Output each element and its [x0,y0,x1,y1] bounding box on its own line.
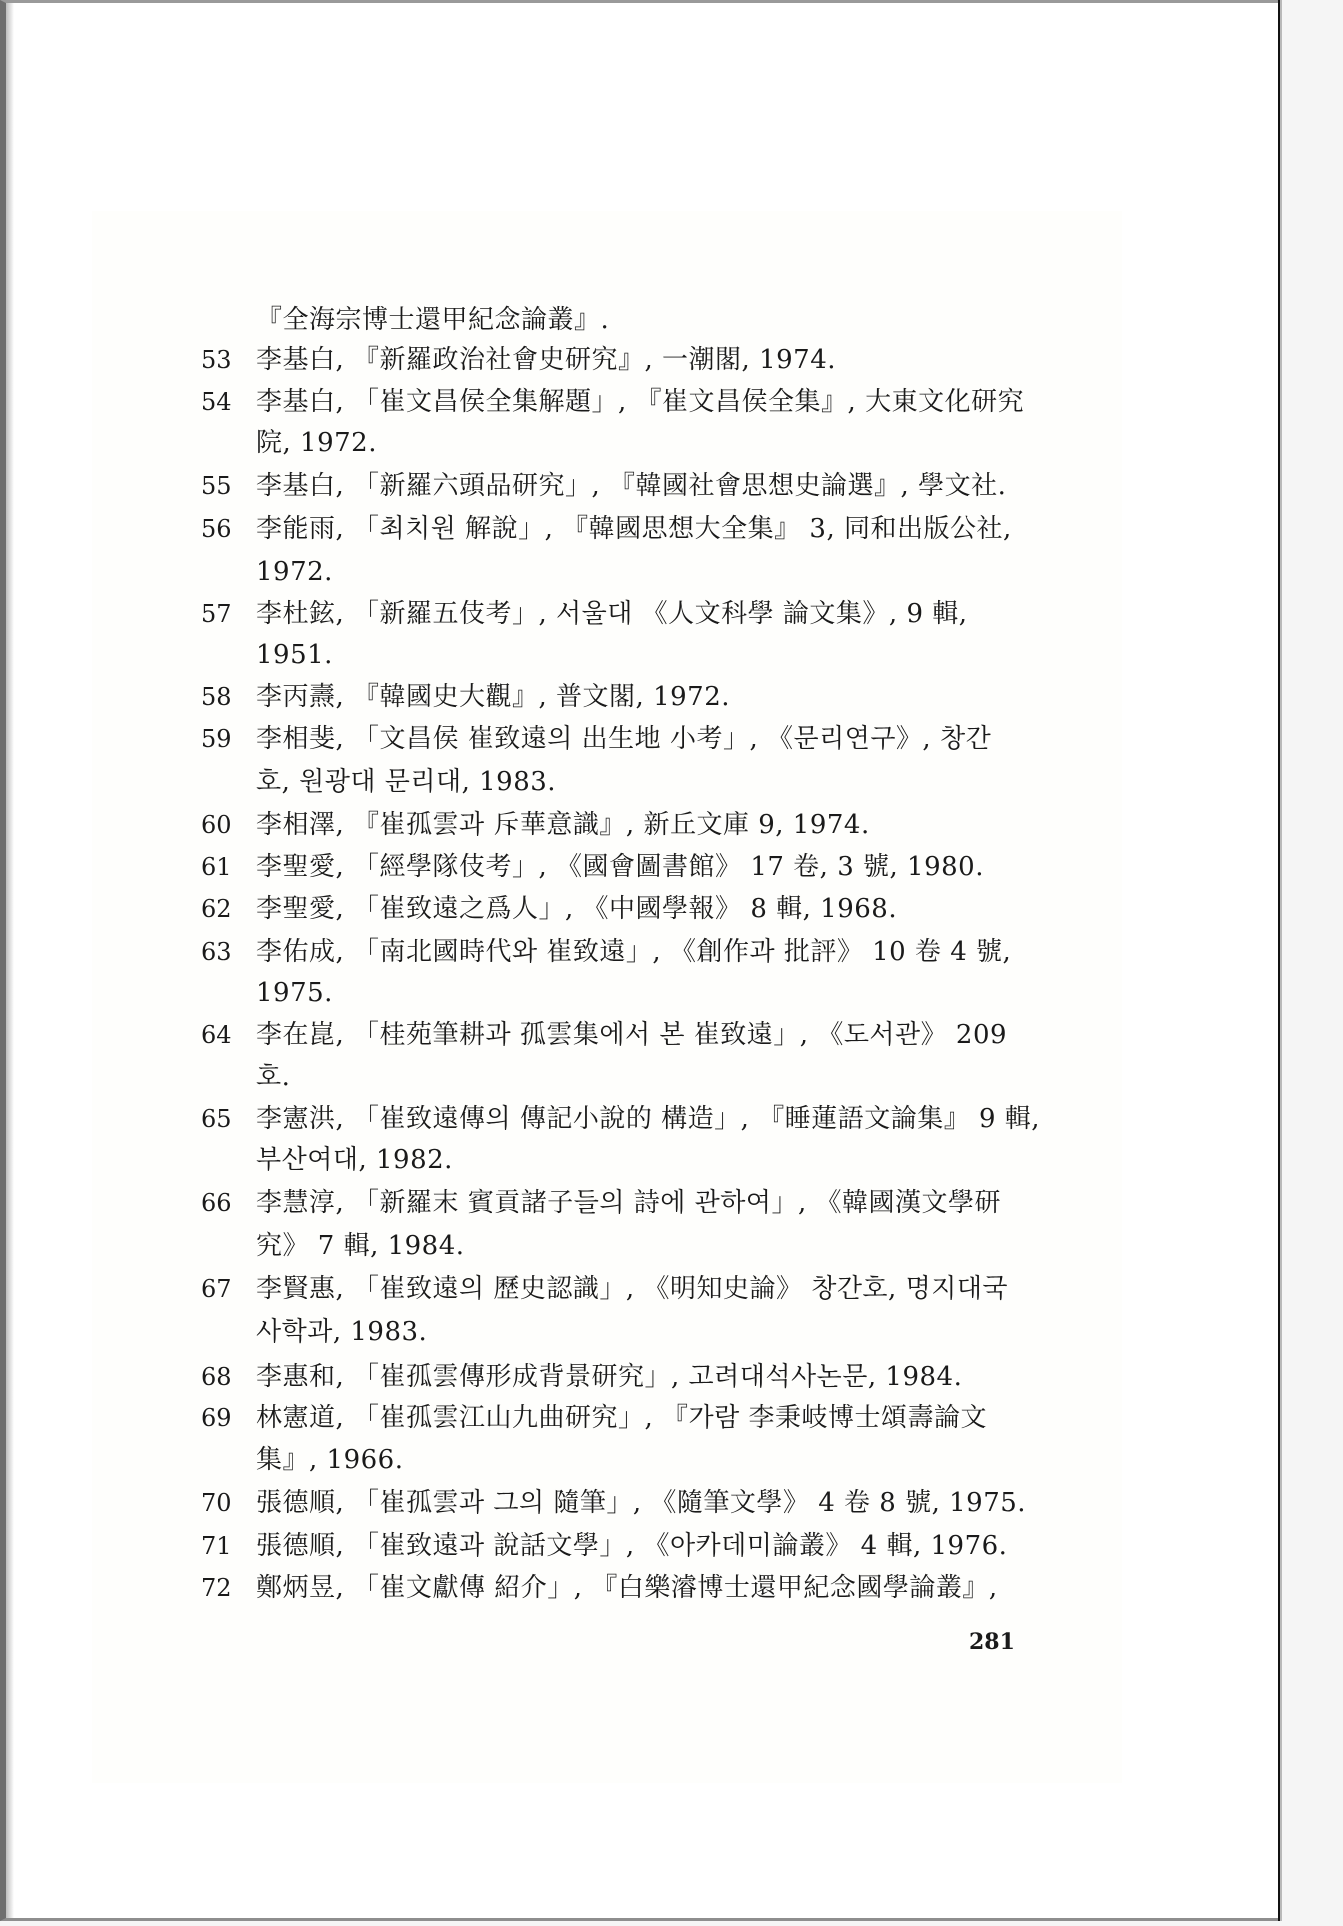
entry-number: 55 [201,465,251,507]
entry-text: 張德順, 「崔致遠과 說話文學」, 《아카데미論叢》 4 輯, 1976. [256,1525,1007,1567]
entry-text: 호. [256,1056,290,1098]
entry-number: 65 [201,1098,251,1140]
entry-number: 57 [201,593,251,635]
entry-text: 李賢惠, 「崔致遠의 歷史認識」, 《明知史論》 창간호, 명지대국 [256,1268,1008,1310]
entry-text: 부산여대, 1982. [256,1139,453,1181]
entry-text: 集』, 1966. [256,1439,403,1481]
entry-number: 59 [201,718,251,760]
entry-text: 李相澤, 『崔孤雲과 斥華意識』, 新丘文庫 9, 1974. [256,804,870,846]
entry-number: 60 [201,804,251,846]
entry-text: 李在崑, 「桂苑筆耕과 孤雲集에서 본 崔致遠」, 《도서관》 209 [256,1014,1007,1056]
entry-text: 李聖愛, 「經學隊伎考」, 《國會圖書館》 17 卷, 3 號, 1980. [256,846,984,888]
entry-text: 鄭炳昱, 「崔文獻傳 紹介」, 『白樂濬博士還甲紀念國學論叢』, [256,1567,998,1609]
entry-text: 1951. [256,634,333,676]
entry-text: 李基白, 「崔文昌侯全集解題」, 『崔文昌侯全集』, 大東文化研究 [256,381,1024,423]
entry-text: 李杜鉉, 「新羅五伎考」, 서울대 《人文科學 論文集》, 9 輯, [256,593,968,635]
entry-text: 李慧淳, 「新羅末 賓貢諸子들의 詩에 관하여」, 《韓國漢文學研 [256,1182,1001,1224]
entry-number: 54 [201,381,251,423]
entry-text: 사학과, 1983. [256,1311,427,1353]
entry-text: 李佑成, 「南北國時代와 崔致遠」, 《創作과 批評》 10 卷 4 號, [256,931,1011,973]
entry-number: 72 [201,1567,251,1609]
page-number: 281 [969,1625,1015,1659]
entry-number: 56 [201,508,251,550]
entry-number: 62 [201,888,251,930]
document-page: 『全海宗博士還甲紀念論叢』.53李基白, 『新羅政治社會史研究』, 一潮閣, 1… [0,0,1278,1921]
entry-text: 호, 원광대 문리대, 1983. [256,761,556,803]
entry-number: 68 [201,1356,251,1398]
entry-text: 李基白, 『新羅政治社會史研究』, 一潮閣, 1974. [256,339,836,381]
entry-number: 61 [201,846,251,888]
entry-text: 1975. [256,972,333,1014]
entry-number: 64 [201,1014,251,1056]
entry-number: 67 [201,1268,251,1310]
entry-text: 李惠和, 「崔孤雲傳形成背景研究」, 고려대석사논문, 1984. [256,1356,962,1398]
entry-number: 58 [201,676,251,718]
entry-text: 林憲道, 「崔孤雲江山九曲研究」, 『가람 李秉岐博士頌壽論文 [256,1397,987,1439]
entry-number: 69 [201,1397,251,1439]
entry-number: 53 [201,339,251,381]
entry-number: 63 [201,931,251,973]
entry-text: 李憲洪, 「崔致遠傳의 傳記小說的 構造」, 『睡蓮語文論集』 9 輯, [256,1098,1040,1140]
entry-text: 李丙燾, 『韓國史大觀』, 普文閣, 1972. [256,676,730,718]
entry-text: 1972. [256,551,333,593]
entry-text: 『全海宗博士還甲紀念論叢』. [256,299,609,341]
entry-number: 71 [201,1525,251,1567]
entry-number: 70 [201,1482,251,1524]
entry-text: 李基白, 「新羅六頭品研究」, 『韓國社會思想史論選』, 學文社. [256,465,1006,507]
entry-text: 李聖愛, 「崔致遠之爲人」, 《中國學報》 8 輯, 1968. [256,888,897,930]
entry-text: 張德順, 「崔孤雲과 그의 隨筆」, 《隨筆文學》 4 卷 8 號, 1975. [256,1482,1026,1524]
entry-text: 院, 1972. [256,422,377,464]
entry-text: 究》 7 輯, 1984. [256,1225,465,1267]
entry-text: 李能雨, 「최치원 解說」, 『韓國思想大全集』 3, 同和出版公社, [256,508,1012,550]
entry-number: 66 [201,1182,251,1224]
entry-text: 李相斐, 「文昌侯 崔致遠의 出生地 小考」, 《문리연구》, 창간 [256,718,991,760]
